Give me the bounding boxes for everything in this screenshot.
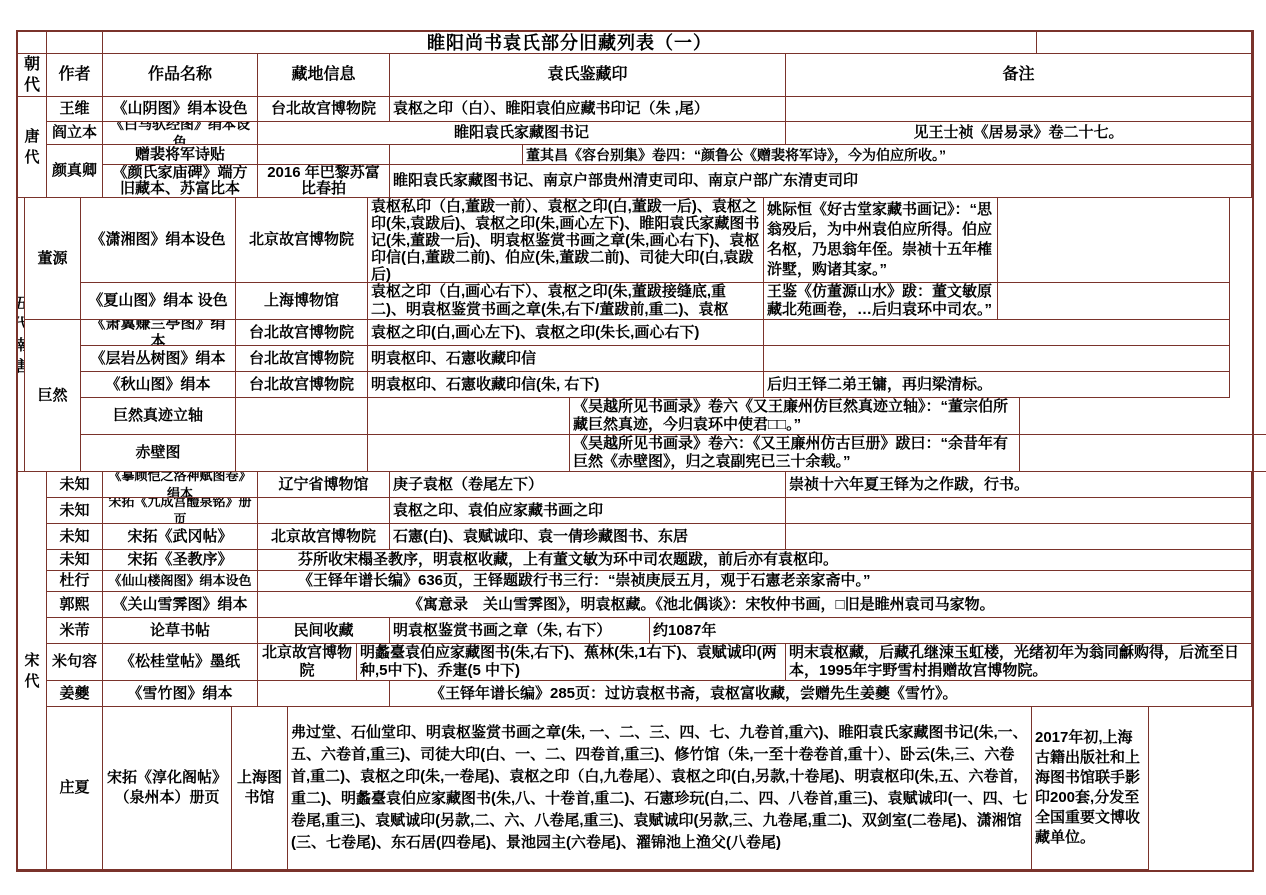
notes-cell: [786, 97, 1252, 122]
work-cell: 宋拓《九成宫醴泉铭》册页: [103, 498, 258, 524]
work-cell: 论草书帖: [103, 618, 258, 644]
page-title: 睢阳尚书袁氏部分旧藏列表（一）: [103, 32, 1037, 54]
author-group: 米芾论草书帖民间收藏明袁枢鉴赏书画之章（朱, 右下）约1087年: [47, 618, 1252, 644]
title-row-spacer-cell: [47, 32, 103, 54]
column-header-dynasty: 朝代: [18, 54, 47, 97]
spacer-cell: [998, 198, 1230, 283]
author-cell: 董源: [25, 198, 81, 320]
author-cell: 庄夏: [47, 707, 103, 870]
work-cell: 赤壁图: [81, 435, 236, 472]
author-group: 杜行《仙山楼阁图》绢本设色《王铎年谱长编》636页，王铎题跋行书三行：“崇祯庚辰…: [47, 571, 1252, 592]
title-row-right-cell: [1037, 32, 1252, 54]
notes-cell: 后归王铎二弟王镛，再归梁清标。: [764, 372, 1230, 398]
seals-cell: 袁枢之印(白,画心左下)、袁枢之印(朱长,画心右下): [368, 320, 764, 346]
author-group: 庄夏宋拓《淳化阁帖》（泉州本）册页上海图书馆弗过堂、石仙堂印、明袁枢鉴赏书画之章…: [47, 707, 1252, 870]
table-row: 宋拓《淳化阁帖》（泉州本）册页上海图书馆弗过堂、石仙堂印、明袁枢鉴赏书画之章(朱…: [103, 707, 1252, 870]
author-cell: 王维: [47, 97, 103, 122]
author-cell: 未知: [47, 550, 103, 571]
notes-cell: 见王士祯《居易录》卷二十七。: [786, 122, 1252, 145]
author-group: 阎立本《白马驮经图》绢本设色睢阳袁氏家藏图书记见王士祯《居易录》卷二十七。: [47, 122, 1252, 145]
table-row: 《秋山图》绢本台北故宫博物院明袁枢印、石憲收藏印信(朱, 右下)后归王铎二弟王镛…: [81, 372, 1266, 398]
work-cell: 《层岩丛树图》绢本: [81, 346, 236, 372]
notes-cell: 《王铎年谱长编》285页：过访袁枢书斋，袁枢富收藏，尝赠先生姜夔《雪竹》。: [390, 681, 1252, 707]
author-group: 未知宋拓《圣教序》芬所收宋榻圣教序，明袁枢收藏，上有董文敏为环中司农题跋，前后亦…: [47, 550, 1252, 571]
seals-cell: 明袁枢印、石憲收藏印信: [368, 346, 764, 372]
work-cell: 《潇湘图》绢本设色: [81, 198, 236, 283]
table-row: 《层岩丛树图》绢本台北故宫博物院明袁枢印、石憲收藏印信: [81, 346, 1266, 372]
location-cell: 北京故宫博物院: [236, 198, 368, 283]
author-cell: 杜行: [47, 571, 103, 592]
work-cell: 赠裴将军诗贴: [103, 145, 258, 165]
dynasty-section: 宋代未知《摹顾恺之洛神赋图卷》绢本辽宁省博物馆庚子袁枢（卷尾左下）崇祯十六年夏王…: [18, 472, 1252, 870]
seals-cell: 袁枢之印（白）、睢阳袁伯应藏书印记（朱 ,尾）: [390, 97, 786, 122]
header-row: 朝代 作者 作品名称 藏地信息 袁氏鉴藏印 备注: [18, 54, 1252, 97]
author-group: 董源《潇湘图》绢本设色北京故宫博物院袁枢私印（白,董跋一前）、袁枢之印(白,董跋…: [25, 198, 1266, 320]
seals-cell: 庚子袁枢（卷尾左下）: [390, 472, 786, 498]
work-cell: 《仙山楼阁图》绢本设色: [103, 571, 258, 592]
table-row: 《山阴图》绢本设色台北故宫博物院袁枢之印（白）、睢阳袁伯应藏书印记（朱 ,尾）: [103, 97, 1252, 122]
location-cell: [236, 398, 368, 435]
notes-cell: [786, 498, 1252, 524]
dynasty-section: 唐代王维《山阴图》绢本设色台北故宫博物院袁枢之印（白）、睢阳袁伯应藏书印记（朱 …: [18, 97, 1252, 198]
notes-cell: 董其昌《容台别集》卷四：“颜鲁公《赠裴将军诗》，今为伯应所收。”: [523, 145, 1252, 165]
location-cell: [236, 435, 368, 472]
column-header-seals: 袁氏鉴藏印: [390, 54, 786, 97]
work-cell: 宋拓《淳化阁帖》（泉州本）册页: [103, 707, 232, 870]
author-cell: 未知: [47, 524, 103, 550]
notes-cell: 《吴越所见书画录》卷六：《又王廉州仿古巨册》跋曰：“余昔年有巨然《赤壁图》，归之…: [570, 435, 1020, 472]
work-cell: 《关山雪霁图》绢本: [103, 592, 258, 618]
title-row: 睢阳尚书袁氏部分旧藏列表（一）: [18, 32, 1252, 54]
column-header-author: 作者: [47, 54, 103, 97]
table-row: 《萧翼赚兰亭图》绢本台北故宫博物院袁枢之印(白,画心左下)、袁枢之印(朱长,画心…: [81, 320, 1266, 346]
seals-cell: 睢阳袁氏家藏图书记、南京户部贵州清吏司印、南京户部广东清吏司印: [390, 165, 1252, 198]
notes-cell: 2017年初,上海古籍出版社和上海图书馆联手影印200套,分发至全国重要文博收藏…: [1032, 707, 1149, 870]
spacer-cell: [1020, 435, 1266, 472]
notes-cell: 芬所收宋榻圣教序，明袁枢收藏，上有董文敏为环中司农题跋，前后亦有袁枢印。: [258, 550, 1252, 571]
author-cell: 郭熙: [47, 592, 103, 618]
column-header-notes: 备注: [786, 54, 1252, 97]
table-row: 宋拓《圣教序》芬所收宋榻圣教序，明袁枢收藏，上有董文敏为环中司农题跋，前后亦有袁…: [103, 550, 1252, 571]
location-cell: 台北故宫博物院: [236, 320, 368, 346]
dynasty-section: 五代南唐董源《潇湘图》绢本设色北京故宫博物院袁枢私印（白,董跋一前）、袁枢之印(…: [18, 198, 1252, 472]
seals-cell: 袁枢之印（白,画心右下）、袁枢之印(朱,董跋接缝底,重二)、明袁枢鉴赏书画之章(…: [368, 283, 764, 320]
author-cell: 阎立本: [47, 122, 103, 145]
table-row: 巨然真迹立轴《吴越所见书画录》卷六《又王廉州仿巨然真迹立轴》：“董宗伯所藏巨然真…: [81, 398, 1266, 435]
seals-cell: 袁枢之印、袁伯应家藏书画之印: [390, 498, 786, 524]
table-row: 《夏山图》绢本 设色上海博物馆袁枢之印（白,画心右下）、袁枢之印(朱,董跋接缝底…: [81, 283, 1230, 320]
location-cell: [258, 498, 390, 524]
location-cell: 台北故宫博物院: [258, 97, 390, 122]
notes-cell: 《寓意录 关山雪霁图》，明袁枢藏。《池北偶谈》：宋牧仲书画，□旧是睢州袁司马家物…: [258, 592, 1252, 618]
location-cell: 北京故宫博物院: [258, 524, 390, 550]
spacer-cell: [390, 145, 523, 165]
location-cell: [258, 681, 390, 707]
table-row: 赠裴将军诗贴董其昌《容台别集》卷四：“颜鲁公《赠裴将军诗》，今为伯应所收。”: [103, 145, 1252, 165]
work-cell: 《颜氏家庙碑》端方旧藏本、苏富比本: [103, 165, 258, 198]
author-cell: 颜真卿: [47, 145, 103, 198]
work-cell: 宋拓《圣教序》: [103, 550, 258, 571]
table-row: 论草书帖民间收藏明袁枢鉴赏书画之章（朱, 右下）约1087年: [103, 618, 1252, 644]
spacer-cell: [368, 435, 570, 472]
location-cell: 台北故宫博物院: [236, 372, 368, 398]
column-header-location: 藏地信息: [258, 54, 390, 97]
table-row: 《仙山楼阁图》绢本设色《王铎年谱长编》636页，王铎题跋行书三行：“崇祯庚辰五月…: [103, 571, 1252, 592]
table-row: 《松桂堂帖》墨纸北京故宫博物院明蠡臺袁伯应家藏图书(朱,右下)、蕉林(朱,1右下…: [103, 644, 1252, 681]
author-cell: 米句容: [47, 644, 103, 681]
work-cell: 《白马驮经图》绢本设色: [103, 122, 258, 145]
notes-cell: 崇祯十六年夏王铎为之作跋，行书。: [786, 472, 1252, 498]
notes-cell: 王鉴《仿董源山水》跋：董文敏原藏北苑画卷，…后归袁环中司农。”: [764, 283, 998, 320]
seals-cell: 弗过堂、石仙堂印、明袁枢鉴赏书画之章(朱, 一、二、三、四、七、九卷首,重六)、…: [288, 707, 1032, 870]
notes-cell: [786, 524, 1252, 550]
author-group: 郭熙《关山雪霁图》绢本《寓意录 关山雪霁图》，明袁枢藏。《池北偶谈》：宋牧仲书画…: [47, 592, 1252, 618]
work-cell: 《雪竹图》绢本: [103, 681, 258, 707]
table-row: 宋拓《九成宫醴泉铭》册页袁枢之印、袁伯应家藏书画之印: [103, 498, 1252, 524]
seals-cell: 石憲(白)、袁赋诚印、袁一倩珍藏图书、东居: [390, 524, 786, 550]
author-group: 未知宋拓《武冈帖》北京故宫博物院石憲(白)、袁赋诚印、袁一倩珍藏图书、东居: [47, 524, 1252, 550]
work-cell: 《山阴图》绢本设色: [103, 97, 258, 122]
table-row: 《关山雪霁图》绢本《寓意录 关山雪霁图》，明袁枢藏。《池北偶谈》：宋牧仲书画，□…: [103, 592, 1252, 618]
notes-cell: 约1087年: [650, 618, 1252, 644]
seals-cell: 明袁枢印、石憲收藏印信(朱, 右下): [368, 372, 764, 398]
work-cell: 巨然真迹立轴: [81, 398, 236, 435]
author-cell: 米芾: [47, 618, 103, 644]
table-row: 赤壁图《吴越所见书画录》卷六：《又王廉州仿古巨册》跋曰：“余昔年有巨然《赤壁图》…: [81, 435, 1266, 472]
author-group: 王维《山阴图》绢本设色台北故宫博物院袁枢之印（白）、睢阳袁伯应藏书印记（朱 ,尾…: [47, 97, 1252, 122]
location-cell: 上海图书馆: [232, 707, 288, 870]
table-row: 《颜氏家庙碑》端方旧藏本、苏富比本2016 年巴黎苏富比春拍睢阳袁氏家藏图书记、…: [103, 165, 1252, 198]
column-header-work: 作品名称: [103, 54, 258, 97]
author-group: 颜真卿赠裴将军诗贴董其昌《容台别集》卷四：“颜鲁公《赠裴将军诗》，今为伯应所收。…: [47, 145, 1252, 198]
dynasty-cell: 宋代: [18, 472, 47, 870]
location-cell: 上海博物馆: [236, 283, 368, 320]
notes-cell: [764, 346, 1230, 372]
table-row: 《潇湘图》绢本设色北京故宫博物院袁枢私印（白,董跋一前）、袁枢之印(白,董跋一后…: [81, 198, 1230, 283]
table-row: 《雪竹图》绢本《王铎年谱长编》285页：过访袁枢书斋，袁枢富收藏，尝赠先生姜夔《…: [103, 681, 1252, 707]
location-cell: [258, 145, 390, 165]
work-cell: 《摹顾恺之洛神赋图卷》绢本: [103, 472, 258, 498]
dynasty-cell: 五代南唐: [18, 198, 25, 472]
author-group: 姜夔《雪竹图》绢本《王铎年谱长编》285页：过访袁枢书斋，袁枢富收藏，尝赠先生姜…: [47, 681, 1252, 707]
notes-cell: 姚际恒《好古堂家藏书画记》：“思翁殁后，为中州袁伯应所得。伯应名枢，乃思翁年侄。…: [764, 198, 998, 283]
author-cell: 未知: [47, 472, 103, 498]
location-cell: 2016 年巴黎苏富比春拍: [258, 165, 390, 198]
collection-table: 睢阳尚书袁氏部分旧藏列表（一） 朝代 作者 作品名称 藏地信息 袁氏鉴藏印 备注…: [16, 30, 1254, 872]
location-cell: 辽宁省博物馆: [258, 472, 390, 498]
location-cell: 民间收藏: [258, 618, 390, 644]
seals-cell: 明袁枢鉴赏书画之章（朱, 右下）: [390, 618, 650, 644]
author-cell: 巨然: [25, 320, 81, 472]
author-cell: 姜夔: [47, 681, 103, 707]
work-cell: 《夏山图》绢本 设色: [81, 283, 236, 320]
seals-cell: 明蠡臺袁伯应家藏图书(朱,右下)、蕉林(朱,1右下)、袁赋诚印(两种,5中下)、…: [357, 644, 786, 681]
location-cell: 台北故宫博物院: [236, 346, 368, 372]
seals-cell: 睢阳袁氏家藏图书记: [258, 122, 786, 145]
spacer-cell: [1020, 398, 1266, 435]
filler-cell: [1149, 707, 1252, 870]
notes-cell: 明末袁枢藏，后藏孔继涑玉虹楼，光绪初年为翁同龢购得，后流至日本，1995年宇野雪…: [786, 644, 1252, 681]
table-row: 宋拓《武冈帖》北京故宫博物院石憲(白)、袁赋诚印、袁一倩珍藏图书、东居: [103, 524, 1252, 550]
table-row: 《摹顾恺之洛神赋图卷》绢本辽宁省博物馆庚子袁枢（卷尾左下）崇祯十六年夏王铎为之作…: [103, 472, 1252, 498]
work-cell: 《萧翼赚兰亭图》绢本: [81, 320, 236, 346]
notes-cell: 《吴越所见书画录》卷六《又王廉州仿巨然真迹立轴》：“董宗伯所藏巨然真迹，今归袁环…: [570, 398, 1020, 435]
author-cell: 未知: [47, 498, 103, 524]
table-body: 唐代王维《山阴图》绢本设色台北故宫博物院袁枢之印（白）、睢阳袁伯应藏书印记（朱 …: [18, 97, 1252, 870]
author-group: 米句容《松桂堂帖》墨纸北京故宫博物院明蠡臺袁伯应家藏图书(朱,右下)、蕉林(朱,…: [47, 644, 1252, 681]
author-group: 未知《摹顾恺之洛神赋图卷》绢本辽宁省博物馆庚子袁枢（卷尾左下）崇祯十六年夏王铎为…: [47, 472, 1252, 498]
seals-cell: 袁枢私印（白,董跋一前）、袁枢之印(白,董跋一后)、袁枢之印(朱,袁跋后)、袁枢…: [368, 198, 764, 283]
notes-cell: [764, 320, 1230, 346]
title-row-corner-cell: [18, 32, 47, 54]
spacer-cell: [998, 283, 1230, 320]
notes-cell: 《王铎年谱长编》636页，王铎题跋行书三行：“崇祯庚辰五月，观于石憲老亲家斋中。…: [258, 571, 1252, 592]
work-cell: 《秋山图》绢本: [81, 372, 236, 398]
location-cell: 北京故宫博物院: [258, 644, 357, 681]
author-group: 巨然《萧翼赚兰亭图》绢本台北故宫博物院袁枢之印(白,画心左下)、袁枢之印(朱长,…: [25, 320, 1266, 472]
spacer-cell: [368, 398, 570, 435]
work-cell: 《松桂堂帖》墨纸: [103, 644, 258, 681]
work-cell: 宋拓《武冈帖》: [103, 524, 258, 550]
table-row: 《白马驮经图》绢本设色睢阳袁氏家藏图书记见王士祯《居易录》卷二十七。: [103, 122, 1252, 145]
dynasty-cell: 唐代: [18, 97, 47, 198]
author-group: 未知宋拓《九成宫醴泉铭》册页袁枢之印、袁伯应家藏书画之印: [47, 498, 1252, 524]
